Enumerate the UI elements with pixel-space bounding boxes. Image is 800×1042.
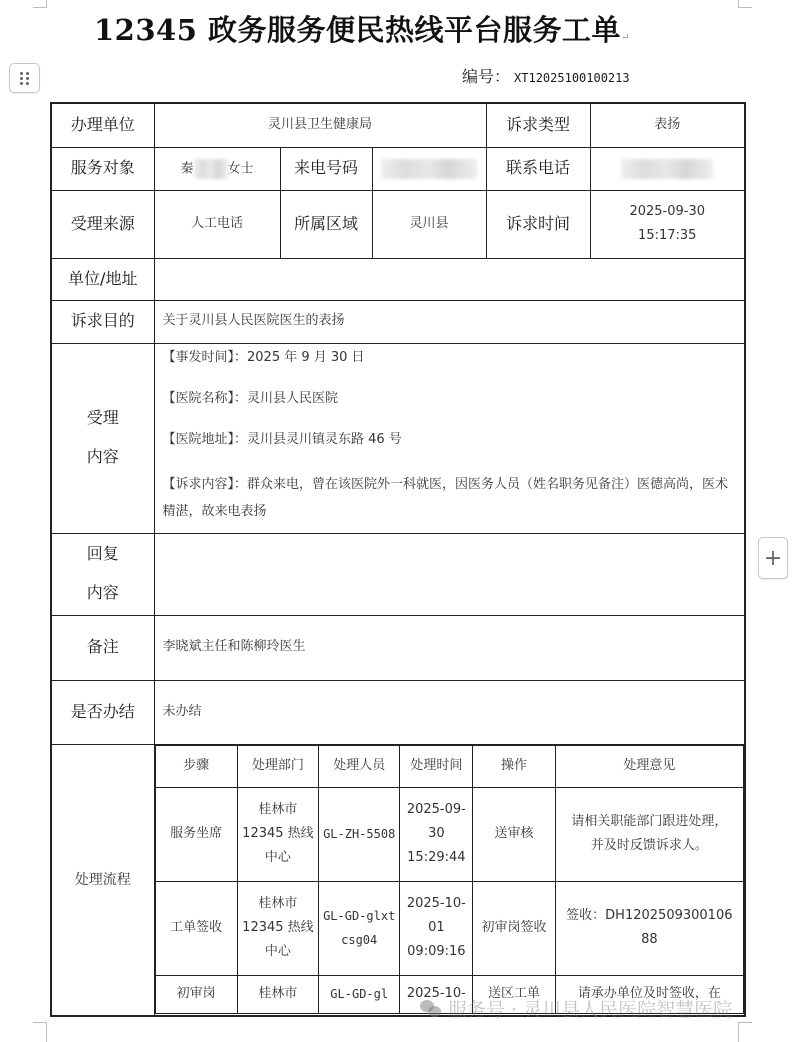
process-table: 步骤 处理部门 处理人员 处理时间 操作 处理意见 服务坐席 桂林市 12345… (155, 745, 745, 1014)
content-label-line1: 受理 (87, 408, 119, 429)
redacted-contact-phone-blur (621, 159, 713, 179)
request-clock-time: 15:17:35 (595, 224, 741, 248)
content-label: 受理 内容 (51, 343, 154, 533)
request-purpose-value[interactable]: 关于灵川县人民医院医生的表扬 (154, 300, 745, 343)
reply-label-line1: 回复 (87, 544, 119, 565)
completed-label: 是否办结 (51, 680, 154, 744)
watermark-text: 服务号 · 灵川县人民医院智慧医院 (448, 995, 732, 1022)
source-label: 受理来源 (51, 190, 154, 258)
contact-phone-label: 联系电话 (486, 147, 590, 190)
process-header-staff: 处理人员 (319, 745, 400, 787)
caller-number-label: 来电号码 (280, 147, 372, 190)
crop-mark-bottom-left (33, 1022, 47, 1042)
reply-value[interactable] (154, 533, 745, 615)
content-hospital-name: 【医院名称】：灵川县人民医院 (163, 389, 737, 409)
content-incident-time: 【事发时间】：2025 年 9 月 30 日 (163, 348, 737, 368)
document-title: 12345 政务服务便民热线平台服务工单↵ (94, 8, 654, 49)
process-staff: GL-GD-gl (319, 975, 400, 1013)
process-action: 送审核 (473, 787, 555, 881)
handling-unit-value[interactable]: 灵川县卫生健康局 (154, 103, 486, 147)
process-header-action: 操作 (473, 745, 555, 787)
wechat-icon (420, 1000, 442, 1018)
process-opinion: 请相关职能部门跟进处理，并及时反馈诉求人。 (555, 787, 743, 881)
request-time-value[interactable]: 2025-09-30 15:17:35 (590, 190, 745, 258)
watermark: 服务号 · 灵川县人民医院智慧医院 (420, 995, 732, 1022)
crop-mark-bottom-right (738, 1022, 752, 1042)
process-staff: GL-ZH-5508 (319, 787, 400, 881)
work-order-table: 办理单位 灵川县卫生健康局 诉求类型 表扬 服务对象 秦女士 来电号码 联系电话… (50, 102, 746, 1017)
process-container: 步骤 处理部门 处理人员 处理时间 操作 处理意见 服务坐席 桂林市 12345… (154, 744, 745, 1016)
process-row: 工单签收 桂林市 12345 热线中心 GL-GD-glxtcsg04 2025… (155, 881, 744, 975)
process-dept: 桂林市 (237, 975, 318, 1013)
process-action: 初审岗签收 (473, 881, 555, 975)
handling-unit-label: 办理单位 (51, 103, 154, 147)
crop-mark-top-right (738, 0, 752, 8)
service-target-surname: 秦 (180, 161, 193, 176)
caller-number-value[interactable] (372, 147, 486, 190)
remarks-value[interactable]: 李晓斌主任和陈柳玲医生 (154, 615, 745, 680)
region-value[interactable]: 灵川县 (372, 190, 486, 258)
serial-number: 编号：XT12025100100213 (462, 64, 630, 87)
source-value[interactable]: 人工电话 (154, 190, 280, 258)
drag-handle-icon (20, 72, 29, 85)
process-time: 2025-10-01 09:09:16 (400, 881, 473, 975)
request-type-label: 诉求类型 (486, 103, 590, 147)
process-staff: GL-GD-glxtcsg04 (319, 881, 400, 975)
content-value[interactable]: 【事发时间】：2025 年 9 月 30 日 【医院名称】：灵川县人民医院 【医… (154, 343, 745, 533)
content-hospital-address: 【医院地址】：灵川县灵川镇灵东路 46 号 (163, 430, 737, 450)
process-label: 处理流程 (51, 744, 154, 1016)
request-date: 2025-09-30 (595, 200, 741, 224)
process-header-step: 步骤 (155, 745, 237, 787)
completed-value[interactable]: 未办结 (154, 680, 745, 744)
process-step: 服务坐席 (155, 787, 237, 881)
process-row: 服务坐席 桂林市 12345 热线中心 GL-ZH-5508 2025-09-3… (155, 787, 744, 881)
request-purpose-label: 诉求目的 (51, 300, 154, 343)
process-step: 工单签收 (155, 881, 237, 975)
remarks-label: 备注 (51, 615, 154, 680)
process-step: 初审岗 (155, 975, 237, 1013)
unit-address-label: 单位/地址 (51, 258, 154, 300)
reply-label: 回复 内容 (51, 533, 154, 615)
reply-label-line2: 内容 (87, 583, 119, 604)
content-label-line2: 内容 (87, 447, 119, 468)
unit-address-value[interactable] (154, 258, 745, 300)
serial-label: 编号： (462, 67, 510, 86)
serial-value: XT12025100100213 (514, 71, 630, 85)
process-header-dept: 处理部门 (237, 745, 318, 787)
content-request-details: 【诉求内容】：群众来电，曾在该医院外一科就医，因医务人员（姓名职务见备注）医德高… (163, 471, 737, 525)
request-type-value[interactable]: 表扬 (590, 103, 745, 147)
redacted-caller-number-blur (381, 159, 477, 179)
request-time-label: 诉求时间 (486, 190, 590, 258)
process-header-opinion: 处理意见 (555, 745, 743, 787)
process-dept: 桂林市 12345 热线中心 (237, 787, 318, 881)
process-time: 2025-09-30 15:29:44 (400, 787, 473, 881)
add-row-button[interactable]: + (758, 537, 788, 579)
service-target-title: 女士 (228, 161, 254, 176)
process-header-time: 处理时间 (400, 745, 473, 787)
table-drag-handle-button[interactable] (9, 63, 40, 93)
process-dept: 桂林市 12345 热线中心 (237, 881, 318, 975)
service-target-value[interactable]: 秦女士 (154, 147, 280, 190)
process-opinion: 签收：DH12025093001068​8 (555, 881, 743, 975)
redacted-name-blur (194, 159, 228, 179)
crop-mark-top-left (33, 0, 47, 8)
region-label: 所属区域 (280, 190, 372, 258)
service-target-label: 服务对象 (51, 147, 154, 190)
document-title-text: 12345 政务服务便民热线平台服务工单 (94, 13, 621, 47)
contact-phone-value[interactable] (590, 147, 745, 190)
paragraph-mark: ↵ (621, 32, 630, 43)
